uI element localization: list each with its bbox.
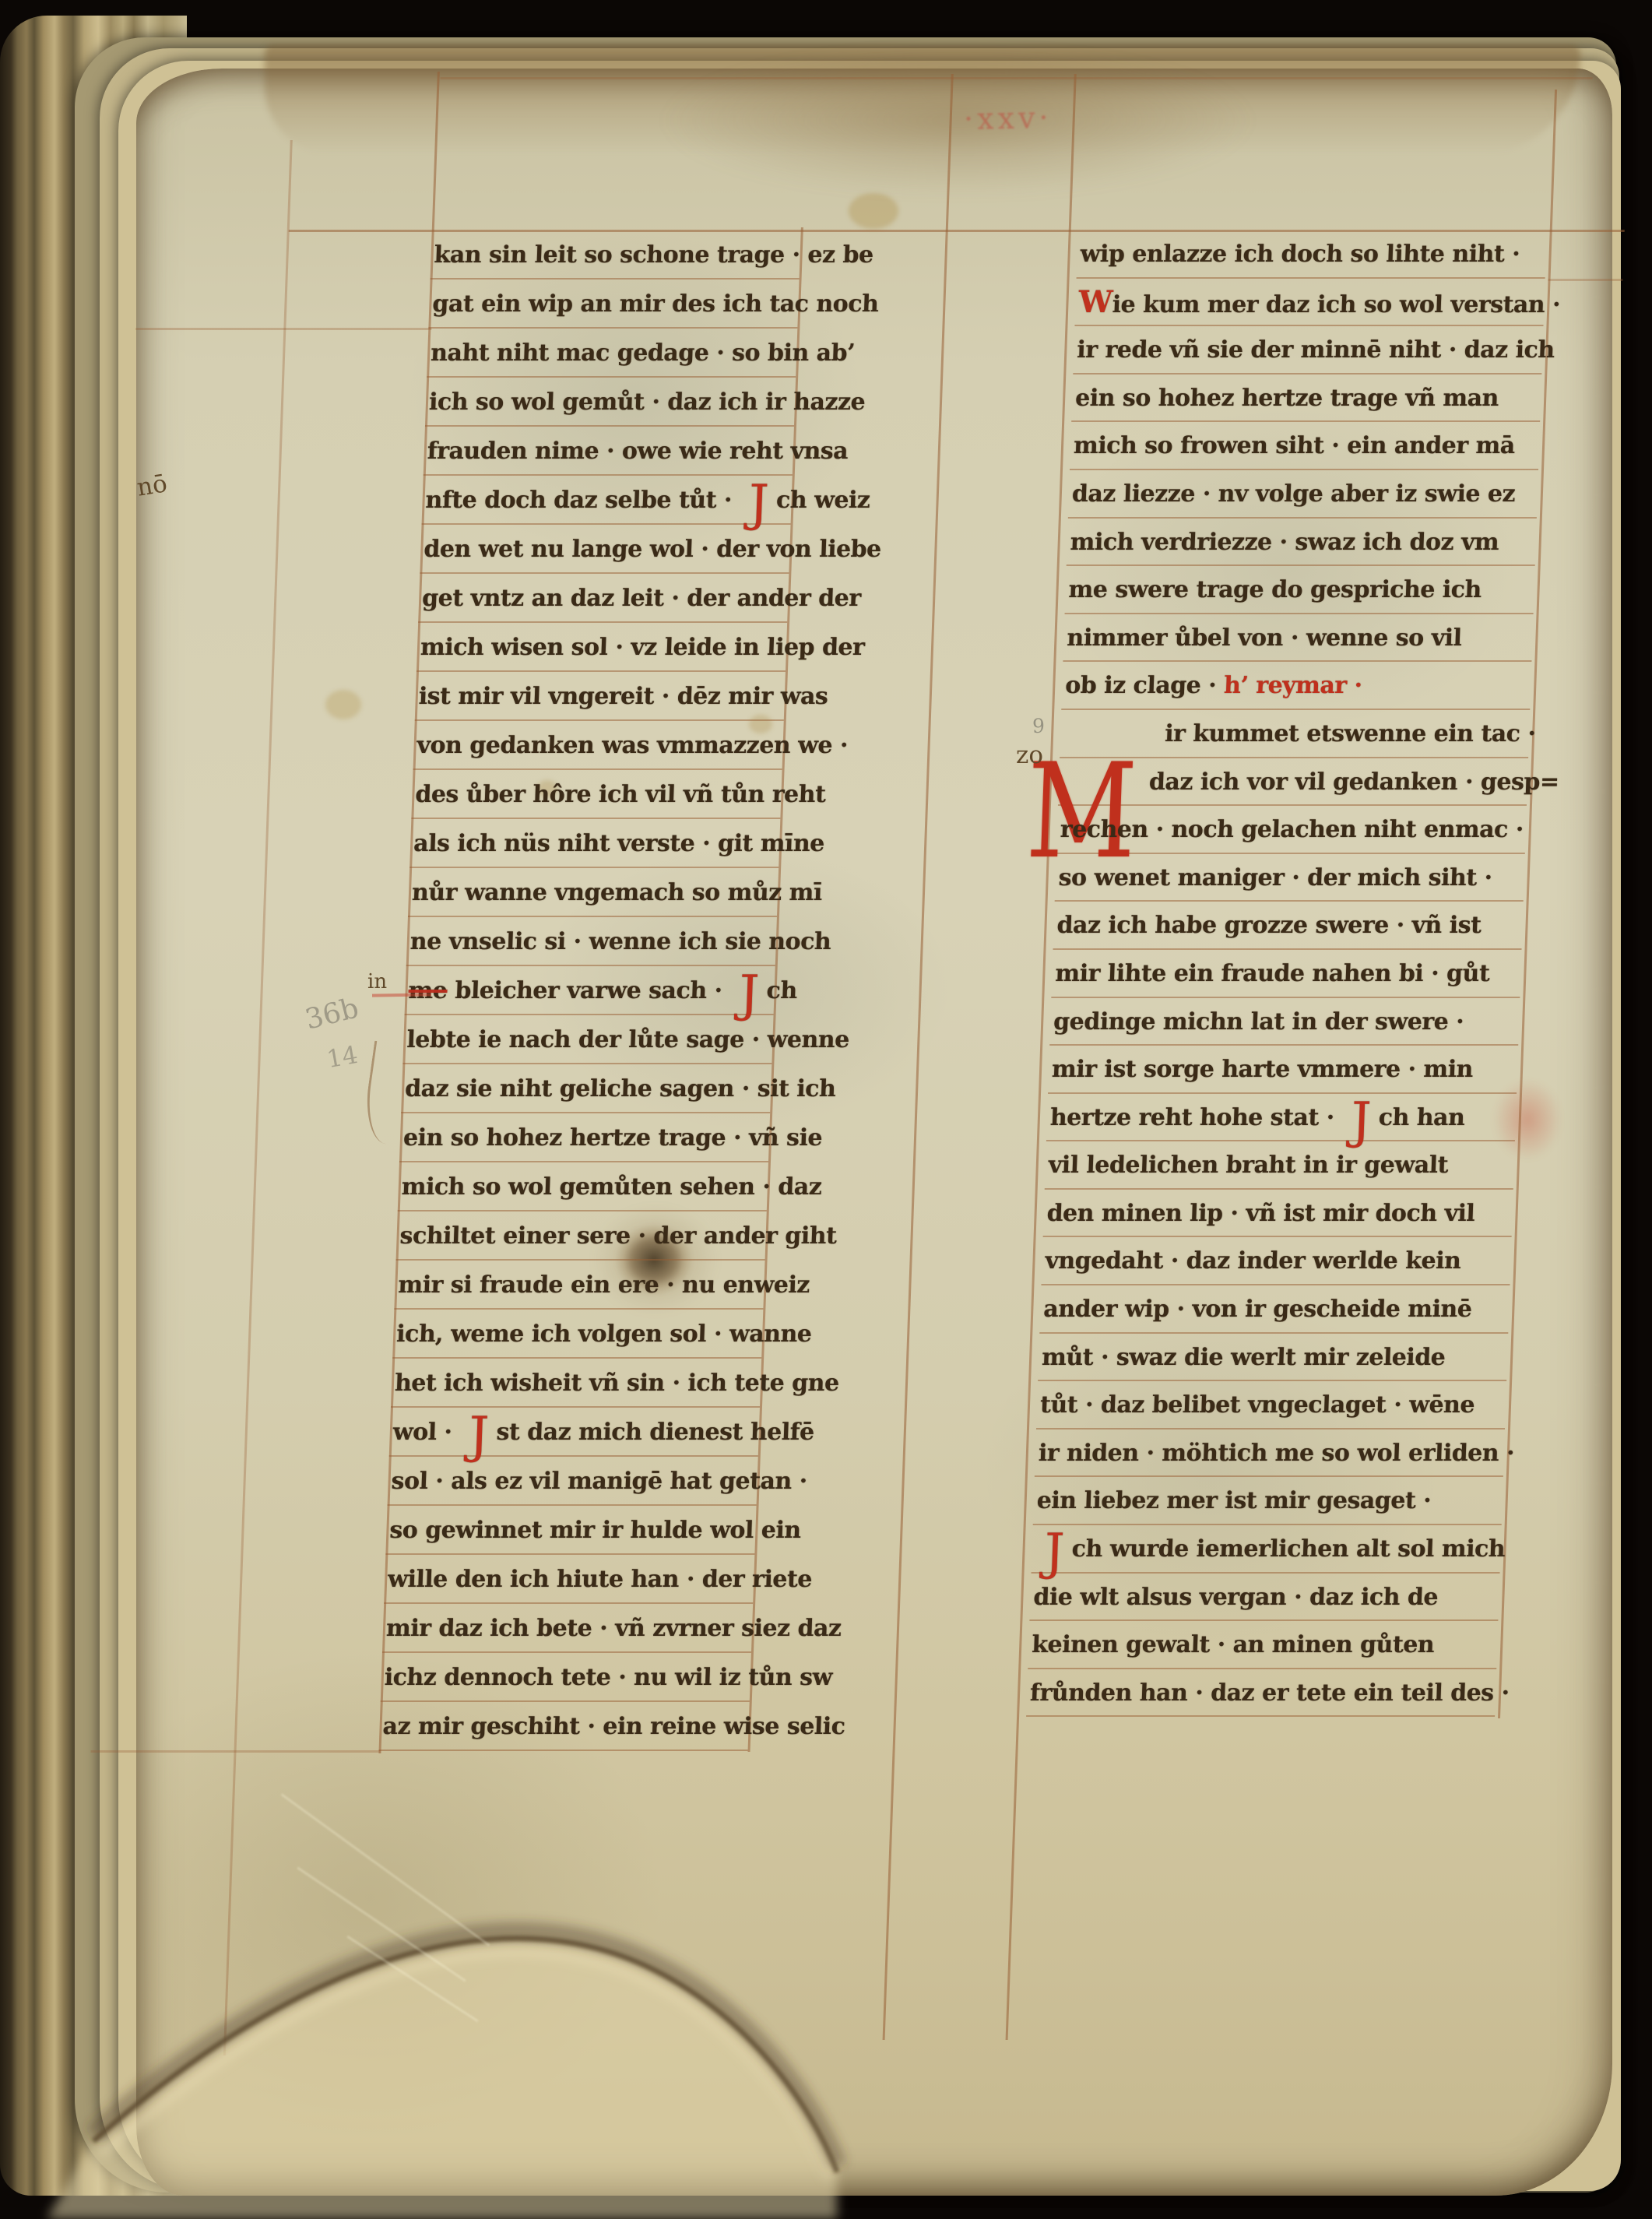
text-line: die wlt alsus vergan · daz ich de (1032, 1574, 1503, 1622)
text-line: nfte doch daz selbe tůt · Jch weiz (425, 476, 796, 525)
ink-text: ein so hohez hertze trage vñ man (1075, 385, 1499, 412)
text-line: ein so hohez hertze trage vñ man (1074, 375, 1545, 423)
ink-text: ichz dennoch tete · nu wil iz tůn sw (384, 1664, 832, 1691)
ink-text: so wenet maniger · der mich siht · (1058, 864, 1492, 891)
text-line: frauden nime · owe wie reht vnsa (427, 427, 797, 476)
text-line: ander wip · von ir gescheide minē (1042, 1285, 1513, 1334)
text-line: ichz dennoch tete · nu wil iz tůn sw (384, 1653, 754, 1702)
ruling-line-vertical (223, 140, 293, 2055)
faded-folio-numeral: ·xxv· (964, 100, 1053, 136)
ink-text: daz ich habe grozze swere · vñ ist (1056, 912, 1482, 939)
text-line: az mir geschiht · ein reine wise selic (382, 1702, 753, 1751)
text-line: von gedanken was vmmazzen we · (417, 721, 787, 770)
text-line: des ůber hôre ich vil vñ tůn reht (414, 770, 785, 819)
ink-text: nfte doch daz selbe tůt · (425, 487, 740, 514)
text-line: sol · als ez vil manigē hat getan · (391, 1457, 761, 1506)
ink-text: nimmer ůbel von · wenne so vil (1067, 624, 1462, 652)
ink-text: ir rede vñ sie der minnē niht · daz ich (1077, 336, 1555, 364)
ink-text: ist mir vil vngereit · dēz mir was (418, 683, 828, 710)
ink-text: ir niden · möhtich me so wol erliden · (1038, 1440, 1514, 1467)
ink-text: ir kummet etswenne ein tac · (1165, 720, 1536, 747)
ink-text: ein liebez mer ist mir gesaget · (1036, 1487, 1432, 1514)
ink-text: von gedanken was vmmazzen we · (417, 732, 849, 759)
text-line: mich wisen sol · vz leide in liep der (420, 623, 790, 672)
ink-text: ich, weme ich volgen sol · wanne (396, 1320, 812, 1348)
text-line: ir niden · möhtich me so wol erliden · (1038, 1430, 1508, 1478)
text-line: mich verdriezze · swaz ich doz vm (1070, 519, 1540, 567)
text-column-right: wip enlazze ich doch so lihte niht ·Wie … (1029, 230, 1550, 1717)
ink-text: get vntz an daz leit · der ander der (422, 585, 862, 612)
text-line: vngedaht · daz inder werlde kein (1044, 1237, 1514, 1285)
ink-text: mir lihte ein fraude nahen bi · gůt (1055, 960, 1490, 987)
ink-text: gat ein wip an mir des ich tac noch (432, 290, 879, 318)
text-line: ich so wol gemůt · daz ich ir hazze (428, 378, 799, 427)
text-line: mir daz ich bete · vñ zvrner siez daz (385, 1604, 756, 1653)
text-line: ich, weme ich volgen sol · wanne (395, 1310, 766, 1359)
ink-text: az mir geschiht · ein reine wise selic (382, 1713, 845, 1740)
ink-text: ie kum mer daz ich so wol verstan · (1112, 291, 1561, 318)
text-line: frůnden han · daz er tete ein teil des · (1029, 1669, 1499, 1718)
text-line: mich so wol gemůten sehen · daz (401, 1162, 772, 1211)
text-line: vil ledelichen braht in ir gewalt (1048, 1141, 1518, 1190)
text-line: Jch wurde iemerlichen alt sol mich (1035, 1525, 1505, 1574)
ink-text: ch wurde iemerlichen alt sol mich (1071, 1535, 1506, 1563)
ink-text: ob iz clage · (1065, 672, 1225, 699)
text-line: hertze reht hohe stat · Jch han (1049, 1094, 1520, 1142)
ink-text: můt · swaz die werlt mir zeleide (1042, 1344, 1446, 1371)
ink-text: als ich nüs niht verste · git mīne (413, 830, 825, 857)
ink-text: die wlt alsus vergan · daz ich de (1033, 1584, 1439, 1611)
text-line: den wet nu lange wol · der von liebe (423, 525, 793, 574)
ink-text: wille den ich hiute han · der riete (388, 1566, 813, 1593)
ink-text: mich so frowen siht · ein ander mā (1073, 432, 1515, 459)
text-line: het ich wisheit vñ sin · ich tete gne (394, 1359, 764, 1408)
text-line: get vntz an daz leit · der ander der (421, 574, 792, 623)
ink-text: st daz mich dienest helfē (496, 1419, 814, 1446)
text-line: mir ist sorge harte vmmere · min (1051, 1046, 1521, 1094)
ruling-line-vertical (883, 74, 954, 2040)
ink-text: naht niht mac gedage · so bin ab’ (431, 339, 856, 367)
text-line: daz liezze · nv volge aber iz swie ez (1071, 470, 1541, 519)
rubric-text: J (738, 965, 760, 1023)
text-line: kan sin leit so schone trage · ez be (434, 230, 804, 280)
ruling-line-horizontal (135, 328, 431, 330)
text-line: ne vnselic si · wenne ich sie noch (409, 917, 780, 966)
text-column-left: kan sin leit so schone trage · ez begat … (382, 230, 804, 1751)
ink-text: kan sin leit so schone trage · ez be (434, 241, 873, 269)
ink-text: des ůber hôre ich vil vñ tůn reht (415, 781, 826, 808)
text-line: lebte ie nach der lůte sage · wenne (406, 1015, 776, 1064)
text-line: wille den ich hiute han · der riete (387, 1555, 757, 1604)
pencil-foliation-14: 14 (325, 1041, 360, 1074)
ruling-line-horizontal (1548, 279, 1622, 281)
ink-text: lebte ie nach der lůte sage · wenne (406, 1026, 850, 1053)
text-line: ir rede vñ sie der minnē niht · daz ich (1076, 326, 1546, 375)
text-line: mir si fraude ein ere · nu enweiz (397, 1261, 768, 1310)
text-line: me swere trage do gespriche ich (1068, 566, 1538, 614)
ink-text: den minen lip · vñ ist mir doch vil (1046, 1200, 1475, 1227)
ink-text: schiltet einer sere · der ander giht (399, 1222, 837, 1250)
text-line: Wie kum mer daz ich so wol verstan · (1077, 279, 1548, 327)
text-line: daz sie niht geliche sagen · sit ich (404, 1064, 775, 1113)
text-line: ob iz clage · h’ reymar · (1064, 662, 1534, 710)
ink-text: mir daz ich bete · vñ zvrner siez daz (385, 1615, 842, 1642)
ink-text: ch han (1378, 1104, 1465, 1131)
ink-text: bleicher varwe sach · (447, 977, 730, 1004)
rubric-text: me (408, 977, 448, 1004)
ink-text: so gewinnet mir ir hulde wol ein (389, 1517, 801, 1544)
pencil-note-9: 9 (1032, 715, 1045, 737)
rubric-text: J (1350, 1092, 1372, 1150)
text-line: ist mir vil vngereit · dēz mir was (418, 672, 789, 721)
manuscript-photo: { "colors": { "ink": "#3a2a17", "rubric_… (0, 0, 1652, 2219)
ink-text: sol · als ez vil manigē hat getan · (391, 1468, 807, 1495)
text-line: den minen lip · vñ ist mir doch vil (1046, 1190, 1517, 1238)
text-line: als ich nüs niht verste · git mīne (413, 819, 783, 868)
text-line: me bleicher varwe sach · Jch (408, 966, 779, 1015)
ink-text: rechen · noch gelachen niht enmac · (1060, 816, 1524, 843)
text-line: gedinge michn lat in der swere · (1053, 998, 1523, 1046)
text-line: gat ein wip an mir des ich tac noch (431, 280, 802, 329)
ink-text: tůt · daz belibet vngeclaget · wēne (1039, 1391, 1474, 1419)
text-line: daz ich habe grozze swere · vñ ist (1056, 902, 1526, 950)
ink-text: ch (766, 977, 797, 1004)
ink-text: ch weiz (775, 487, 870, 514)
ink-text: frůnden han · daz er tete ein teil des · (1030, 1679, 1510, 1707)
text-line: wip enlazze ich doch so lihte niht · (1080, 230, 1550, 279)
text-line: keinen gewalt · an minen gůten (1031, 1621, 1501, 1669)
ink-text: me swere trage do gespriche ich (1068, 576, 1482, 603)
text-line: nimmer ůbel von · wenne so vil (1066, 614, 1536, 663)
ink-text: keinen gewalt · an minen gůten (1032, 1631, 1435, 1658)
text-line: mich so frowen siht · ein ander mā (1073, 422, 1543, 470)
margin-guide-note-zo: zo (1016, 741, 1043, 769)
text-line: nůr wanne vngemach so můz mī (411, 868, 782, 917)
text-line: můt · swaz die werlt mir zeleide (1041, 1334, 1511, 1382)
text-line: so gewinnet mir ir hulde wol ein (388, 1506, 759, 1555)
text-line: mir lihte ein fraude nahen bi · gůt (1054, 950, 1524, 998)
ruling-line-horizontal (441, 77, 1593, 79)
pen-flourish (360, 1041, 400, 1145)
ink-text: hertze reht hohe stat · (1049, 1104, 1342, 1131)
ruling-line-horizontal (90, 1750, 380, 1753)
margin-note-in: in (367, 970, 387, 993)
text-line: tůt · daz belibet vngeclaget · wēne (1039, 1381, 1510, 1430)
text-line: ein so hohez hertze trage · vñ sie (402, 1113, 773, 1162)
ink-text: vngedaht · daz inder werlde kein (1045, 1247, 1461, 1275)
rubric-text: h’ reymar · (1224, 672, 1363, 699)
ink-text: den wet nu lange wol · der von liebe (424, 536, 882, 563)
ink-text: daz sie niht geliche sagen · sit ich (405, 1075, 836, 1102)
rubric-text: W (1078, 284, 1113, 320)
ink-text: frauden nime · owe wie reht vnsa (427, 438, 849, 465)
text-line: naht niht mac gedage · so bin ab’ (430, 329, 800, 378)
ink-text: daz liezze · nv volge aber iz swie ez (1071, 480, 1515, 508)
ink-text: mir ist sorge harte vmmere · min (1052, 1056, 1474, 1083)
ink-text: vil ledelichen braht in ir gewalt (1048, 1152, 1448, 1179)
ink-text: mich so wol gemůten sehen · daz (401, 1173, 822, 1201)
margin-note-no: nō (135, 469, 169, 502)
ink-text: ich so wol gemůt · daz ich ir hazze (428, 389, 865, 416)
ink-text: ander wip · von ir gescheide minē (1043, 1296, 1472, 1323)
text-line: schiltet einer sere · der ander giht (399, 1211, 770, 1261)
rubric-text: J (1043, 1524, 1065, 1581)
ink-text: mich wisen sol · vz leide in liep der (420, 634, 865, 661)
parchment-fold-defect (0, 1775, 934, 2219)
ink-text: ne vnselic si · wenne ich sie noch (409, 928, 831, 955)
ink-text: mich verdriezze · swaz ich doz vm (1070, 529, 1499, 556)
rubric-text: J (747, 475, 769, 533)
ink-text: mir si fraude ein ere · nu enweiz (398, 1271, 810, 1299)
ink-text: ein so hohez hertze trage · vñ sie (402, 1124, 822, 1152)
ink-text: daz ich vor vil gedanken · gesp= (1148, 768, 1559, 796)
ink-text: wol · (392, 1419, 460, 1446)
rubric-text: J (468, 1407, 490, 1465)
text-line: ein liebez mer ist mir gesaget · (1036, 1477, 1506, 1525)
text-line: wol · Jst daz mich dienest helfē (392, 1408, 763, 1457)
ink-text: wip enlazze ich doch so lihte niht · (1080, 241, 1520, 268)
ink-text: het ich wisheit vñ sin · ich tete gne (394, 1370, 839, 1397)
ink-text: nůr wanne vngemach so můz mī (411, 879, 822, 906)
ink-text: gedinge michn lat in der swere · (1053, 1008, 1464, 1036)
